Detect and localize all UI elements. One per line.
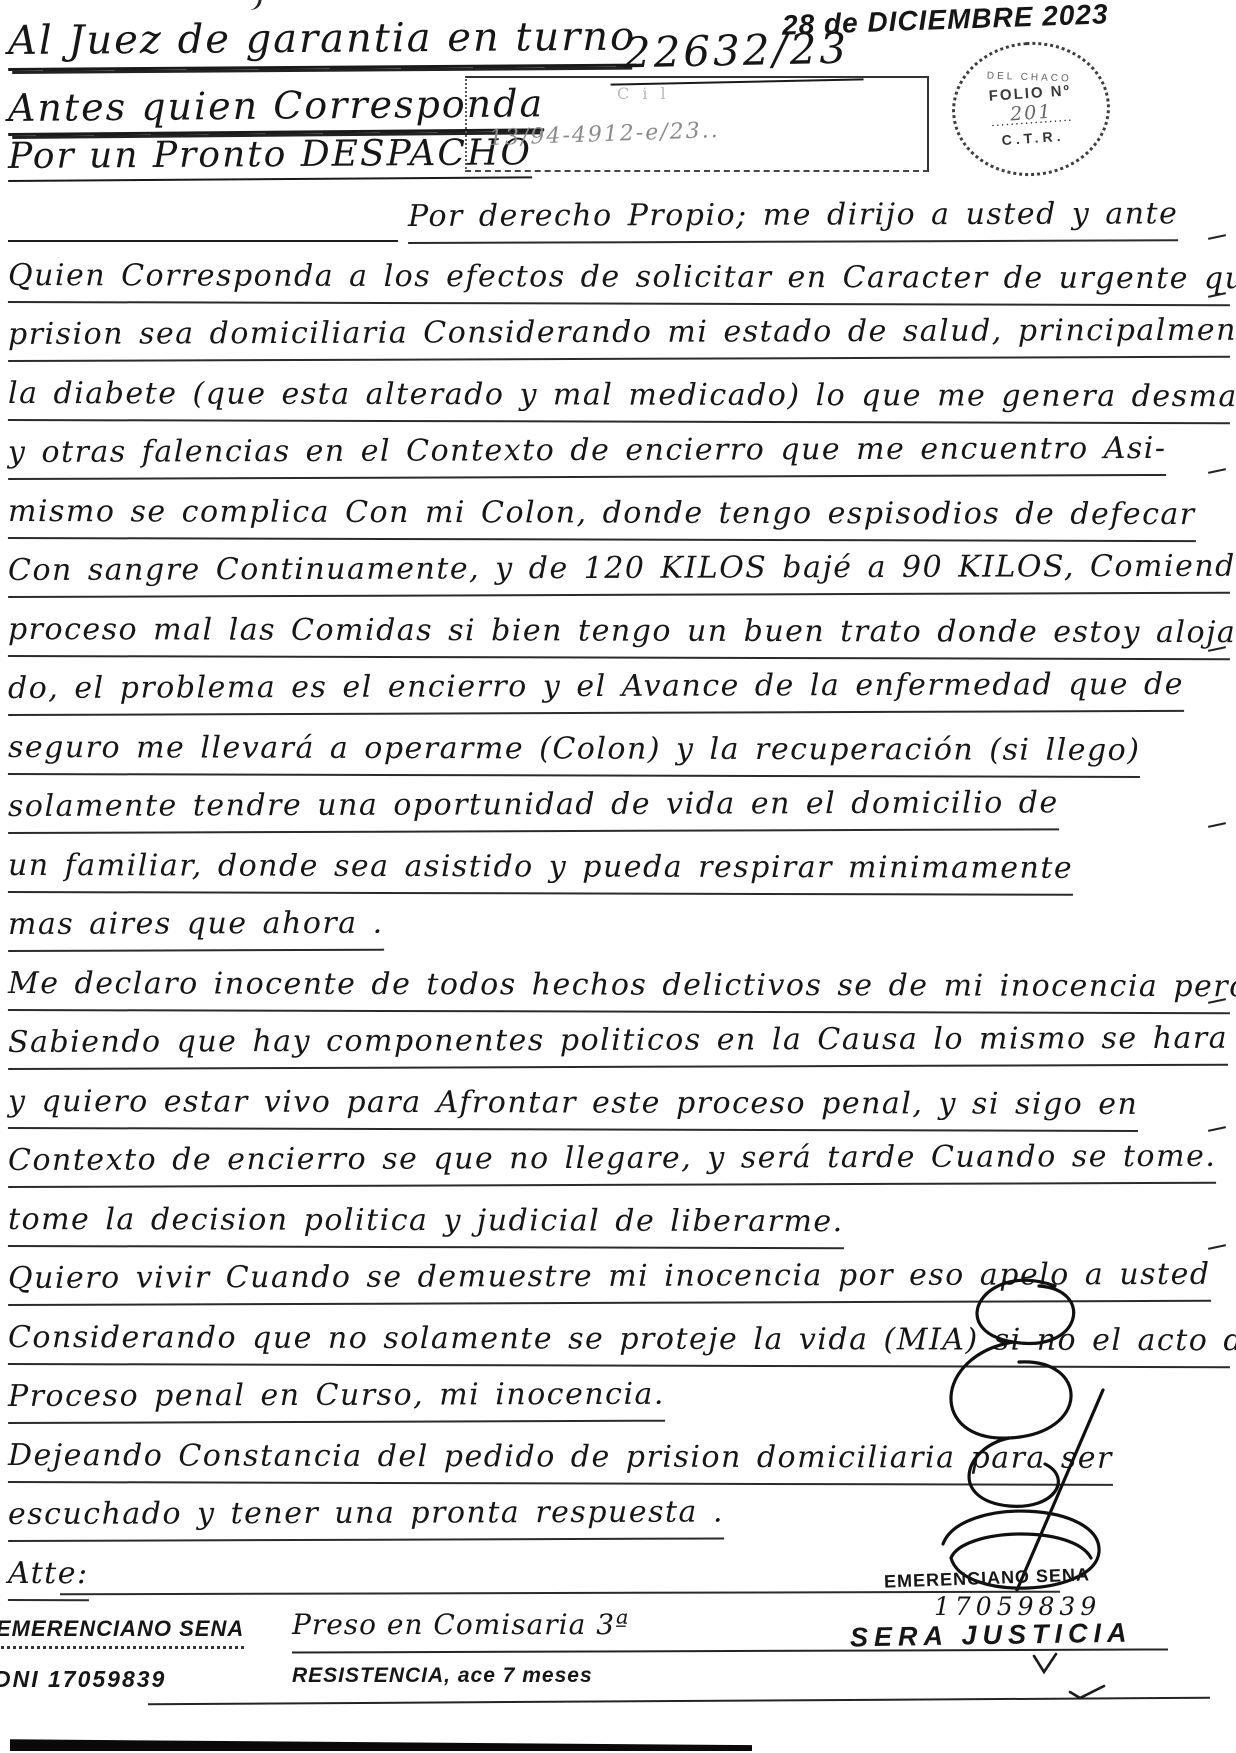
body-line: proceso mal las Comidas si bien tengo un… bbox=[8, 605, 1230, 660]
body-line: un familiar, donde sea asistido y pueda … bbox=[8, 841, 1073, 896]
scanned-letter: Al Juez de garantia en turno 22632/23 28… bbox=[0, 0, 1236, 1753]
body-line: seguro me llevará a operarme (Colon) y l… bbox=[8, 723, 1141, 778]
body-line: Proceso penal en Curso, mi inocencia. bbox=[8, 1370, 665, 1424]
body-line: y otras falencias en el Contexto de enci… bbox=[8, 424, 1167, 480]
letter-date: 28 de DICIEMBRE 2023 bbox=[782, 0, 1109, 42]
body-line: Contexto de encierro se que no llegare, … bbox=[8, 1132, 1217, 1188]
footer-name: EMERENCIANO SENA bbox=[0, 1616, 244, 1649]
pen-mark bbox=[242, 0, 262, 12]
body-line: tome la decision politica y judicial de … bbox=[8, 1195, 844, 1249]
scan-artifact-bar bbox=[10, 1738, 752, 1751]
body-line: escuchado y tener una pronta respuesta . bbox=[8, 1488, 724, 1542]
addressee-line-3: Por un Pronto DESPACHO bbox=[8, 132, 532, 182]
pen-tick bbox=[1068, 1682, 1106, 1702]
body-line: mas aires que ahora . bbox=[8, 899, 384, 952]
addressee-line-2: Antes quien Corresponda bbox=[8, 81, 545, 136]
body-line: Me declaro inocente de todos hechos deli… bbox=[8, 959, 1230, 1014]
pen-tick bbox=[1030, 1652, 1060, 1678]
body-line: solamente tendre una oportunidad de vida… bbox=[8, 778, 1059, 834]
reference-box: C i l 13/94-4912-e/23.. bbox=[465, 76, 929, 172]
addressee-line-1: Al Juez de garantia en turno bbox=[8, 14, 637, 71]
body-line: prision sea domiciliaria Considerando mi… bbox=[8, 306, 1230, 362]
faint-stamp-text: C i l bbox=[617, 84, 670, 103]
body-line: mismo se complica Con mi Colon, donde te… bbox=[8, 487, 1196, 542]
body-line: Sabiendo que hay componentes politicos e… bbox=[8, 1014, 1228, 1070]
body-line: Quien Corresponda a los efectos de solic… bbox=[8, 251, 1230, 306]
stamp-arc-text: DEL CHACO bbox=[986, 71, 1071, 85]
body-line: Por derecho Propio; me dirijo a usted y … bbox=[408, 189, 1179, 244]
reference-number: 13/94-4912-e/23.. bbox=[489, 118, 720, 151]
body-line: Con sangre Continuamente, y de 120 KILOS… bbox=[8, 542, 1230, 598]
body-line: y quiero estar vivo para Afrontar este p… bbox=[8, 1077, 1138, 1132]
signature-dni: 17059839 bbox=[934, 1592, 1101, 1621]
footer-location: RESISTENCIA, ace 7 meses bbox=[292, 1664, 593, 1688]
footer-rule-2 bbox=[148, 1697, 1210, 1705]
folio-stamp: DEL CHACO FOLIO Nº 201 ·················… bbox=[948, 37, 1115, 182]
footer-detention: Preso en Comisaria 3ª bbox=[292, 1608, 629, 1641]
body-line: do, el problema es el encierro y el Avan… bbox=[8, 660, 1184, 716]
footer-dni: DNI 17059839 bbox=[0, 1666, 166, 1693]
body-line: la diabete (que esta alterado y mal medi… bbox=[8, 369, 1230, 424]
signature-scribble bbox=[905, 1272, 1115, 1612]
stamp-org: C.T.R. bbox=[1001, 128, 1065, 148]
